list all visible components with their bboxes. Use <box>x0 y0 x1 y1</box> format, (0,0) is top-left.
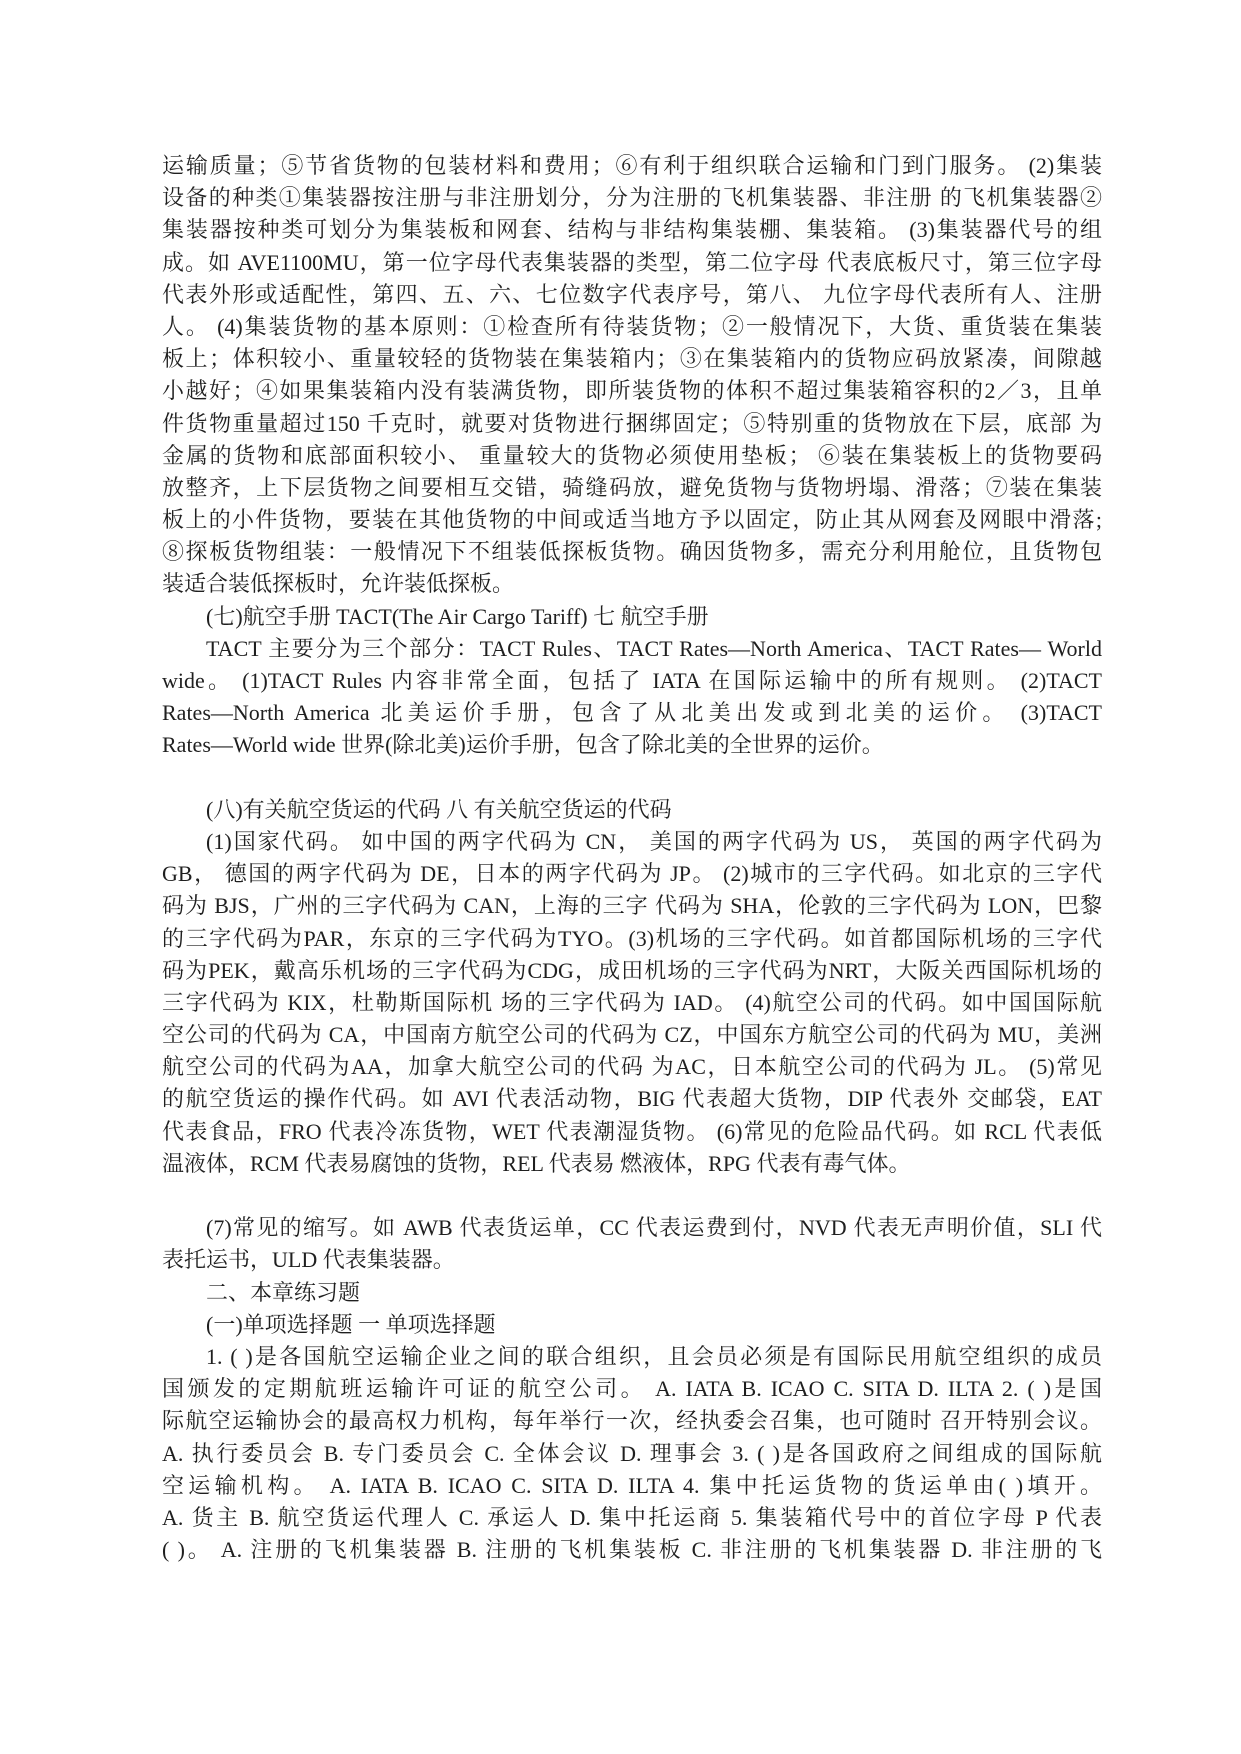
text-line: 小越好；④如果集装箱内没有装满货物，即所装货物的体积不超过集装箱容积的2／3，且… <box>162 375 1102 407</box>
text-line: 二、本章练习题 <box>162 1277 1102 1309</box>
text-line: 代表食品，FRO 代表冷冻货物，WET 代表潮湿货物。 (6)常见的危险品代码。… <box>162 1116 1102 1148</box>
text-line: A. 执行委员会 B. 专门委员会 C. 全体会议 D. 理事会 3. ( )是… <box>162 1438 1102 1470</box>
text-line: 装适合装低探板时，允许装低探板。 <box>162 568 1102 600</box>
text-line: GB， 德国的两字代码为 DE，日本的两字代码为 JP。 (2)城市的三字代码。… <box>162 858 1102 890</box>
document-page: 运输质量；⑤节省货物的包装材料和费用；⑥有利于组织联合运输和门到门服务。 (2)… <box>0 0 1241 1754</box>
questions-paragraph: 1. ( )是各国航空运输企业之间的联合组织，且会员必须是有国际民用航空组织的成… <box>162 1341 1102 1566</box>
text-line: TACT 主要分为三个部分：TACT Rules、TACT Rates—Nort… <box>162 633 1102 665</box>
text-line: 的三字代码为PAR，东京的三字代码为TYO。(3)机场的三字代码。如首都国际机场… <box>162 923 1102 955</box>
text-line: (7)常见的缩写。如 AWB 代表货运单，CC 代表运费到付，NVD 代表无声明… <box>162 1212 1102 1244</box>
text-line: Rates—North America 北美运价手册，包含了从北美出发或到北美的… <box>162 697 1102 729</box>
codes-paragraph: (1)国家代码。 如中国的两字代码为 CN， 美国的两字代码为 US， 英国的两… <box>162 826 1102 1180</box>
text-line: 放整齐，上下层货物之间要相互交错，骑缝码放，避免货物与货物坍塌、滑落；⑦装在集装 <box>162 472 1102 504</box>
text-line: 运输质量；⑤节省货物的包装材料和费用；⑥有利于组织联合运输和门到门服务。 (2)… <box>162 150 1102 182</box>
text-line: 板上的小件货物，要装在其他货物的中间或适当地方予以固定，防止其从网套及网眼中滑落… <box>162 504 1102 536</box>
tact-paragraph: TACT 主要分为三个部分：TACT Rules、TACT Rates—Nort… <box>162 633 1102 762</box>
text-line: 码为 BJS，广州的三字代码为 CAN，上海的三字 代码为 SHA，伦敦的三字代… <box>162 890 1102 922</box>
text-line: 码为PEK，戴高乐机场的三字代码为CDG，成田机场的三字代码为NRT，大阪关西国… <box>162 955 1102 987</box>
text-line: (七)航空手册 TACT(The Air Cargo Tariff) 七 航空手… <box>162 601 1102 633</box>
text-line: ⑧探板货物组装：一般情况下不组装低探板货物。确因货物多，需充分利用舱位，且货物包 <box>162 536 1102 568</box>
text-line: 金属的货物和底部面积较小、 重量较大的货物必须使用垫板； ⑥装在集装板上的货物要… <box>162 440 1102 472</box>
text-line: wide。 (1)TACT Rules 内容非常全面，包括了 IATA 在国际运… <box>162 665 1102 697</box>
text-line: 三字代码为 KIX，杜勒斯国际机 场的三字代码为 IAD。 (4)航空公司的代码… <box>162 987 1102 1019</box>
text-line: Rates—World wide 世界(除北美)运价手册，包含了除北美的全世界的… <box>162 729 1102 761</box>
text-line: (一)单项选择题 一 单项选择题 <box>162 1309 1102 1341</box>
text-line: 的航空货运的操作代码。如 AVI 代表活动物，BIG 代表超大货物，DIP 代表… <box>162 1083 1102 1115</box>
text-line: 表托运书，ULD 代表集装器。 <box>162 1244 1102 1276</box>
text-line: 空运输机构。 A. IATA B. ICAO C. SITA D. ILTA 4… <box>162 1470 1102 1502</box>
text-line: A. 货主 B. 航空货运代理人 C. 承运人 D. 集中托运商 5. 集装箱代… <box>162 1502 1102 1534</box>
text-line: 成。如 AVE1100MU，第一位字母代表集装器的类型，第二位字母 代表底板尺寸… <box>162 247 1102 279</box>
text-line: 代表外形或适配性，第四、五、六、七位数字代表序号，第八、 九位字母代表所有人、注… <box>162 279 1102 311</box>
text-line: 设备的种类①集装器按注册与非注册划分，分为注册的飞机集装器、非注册 的飞机集装器… <box>162 182 1102 214</box>
section-tact-heading: (七)航空手册 TACT(The Air Cargo Tariff) 七 航空手… <box>162 601 1102 633</box>
blank-line <box>162 762 1102 794</box>
chapter-exercises-heading: 二、本章练习题 <box>162 1277 1102 1309</box>
body-continued-paragraph: 运输质量；⑤节省货物的包装材料和费用；⑥有利于组织联合运输和门到门服务。 (2)… <box>162 150 1102 601</box>
text-line: ( )。 A. 注册的飞机集装器 B. 注册的飞机集装板 C. 非注册的飞机集装… <box>162 1534 1102 1566</box>
single-choice-heading: (一)单项选择题 一 单项选择题 <box>162 1309 1102 1341</box>
text-line: 1. ( )是各国航空运输企业之间的联合组织，且会员必须是有国际民用航空组织的成… <box>162 1341 1102 1373</box>
text-line: 集装器按种类可划分为集装板和网套、结构与非结构集装棚、集装箱。 (3)集装器代号… <box>162 214 1102 246</box>
text-line: 国颁发的定期航班运输许可证的航空公司。 A. IATA B. ICAO C. S… <box>162 1373 1102 1405</box>
text-line: 空公司的代码为 CA，中国南方航空公司的代码为 CZ，中国东方航空公司的代码为 … <box>162 1019 1102 1051</box>
text-line: 人。 (4)集装货物的基本原则：①检查所有待装货物；②一般情况下，大货、重货装在… <box>162 311 1102 343</box>
text-line: (八)有关航空货运的代码 八 有关航空货运的代码 <box>162 794 1102 826</box>
text-line: 温液体，RCM 代表易腐蚀的货物，REL 代表易 燃液体，RPG 代表有毒气体。 <box>162 1148 1102 1180</box>
text-line: (1)国家代码。 如中国的两字代码为 CN， 美国的两字代码为 US， 英国的两… <box>162 826 1102 858</box>
text-line: 际航空运输协会的最高权力机构，每年举行一次，经执委会召集，也可随时 召开特别会议… <box>162 1405 1102 1437</box>
text-line: 件货物重量超过150 千克时，就要对货物进行捆绑固定；⑤特别重的货物放在下层，底… <box>162 408 1102 440</box>
abbreviations-paragraph: (7)常见的缩写。如 AWB 代表货运单，CC 代表运费到付，NVD 代表无声明… <box>162 1212 1102 1276</box>
text-line: 板上；体积较小、重量较轻的货物装在集装箱内；③在集装箱内的货物应码放紧凑，间隙越 <box>162 343 1102 375</box>
text-line: 航空公司的代码为AA，加拿大航空公司的代码 为AC，日本航空公司的代码为 JL。… <box>162 1051 1102 1083</box>
text-content: 运输质量；⑤节省货物的包装材料和费用；⑥有利于组织联合运输和门到门服务。 (2)… <box>162 150 1102 1566</box>
blank-line <box>162 1180 1102 1212</box>
section-codes-heading: (八)有关航空货运的代码 八 有关航空货运的代码 <box>162 794 1102 826</box>
